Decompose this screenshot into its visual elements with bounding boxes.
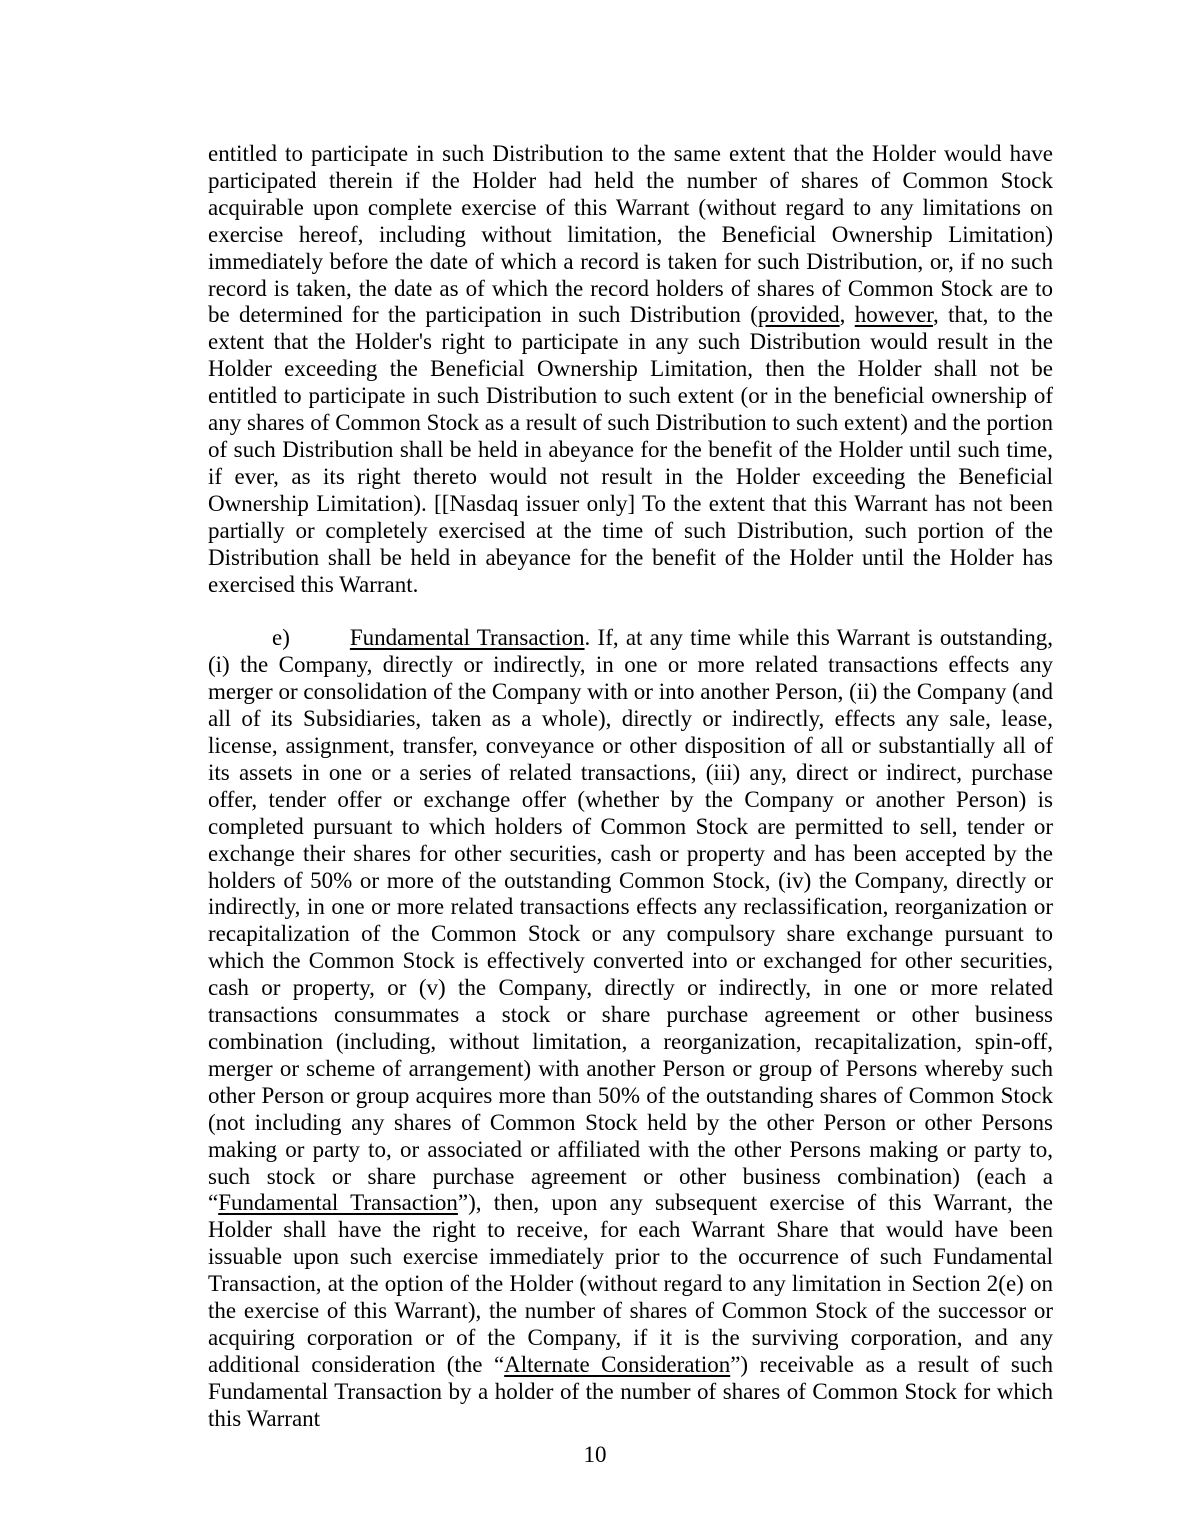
underlined-term: Fundamental Transaction [218,1190,458,1215]
text-run: , [840,302,855,327]
tab-indent [290,644,350,645]
document-page: entitled to participate in such Distribu… [0,0,1190,1540]
text-run: ”), then, upon any subsequent exercise o… [208,1190,1053,1376]
underlined-term: however [855,302,933,327]
paragraph: entitled to participate in such Distribu… [208,141,1053,598]
text-run: , that, to the extent that the Holder's … [208,302,1053,596]
document-body: entitled to participate in such Distribu… [208,141,1053,1433]
tab-indent [208,644,272,645]
underlined-term: provided [758,302,840,327]
text-run: . If, at any time while this Warrant is … [208,625,1053,1215]
paragraph-label: e) [272,625,290,650]
underlined-term: Alternate Consideration [504,1352,730,1377]
underlined-term: Fundamental Transaction [350,625,585,650]
page-number: 10 [0,1441,1190,1468]
text-run: entitled to participate in such Distribu… [208,141,1053,327]
paragraph: e)Fundamental Transaction. If, at any ti… [208,625,1053,1432]
